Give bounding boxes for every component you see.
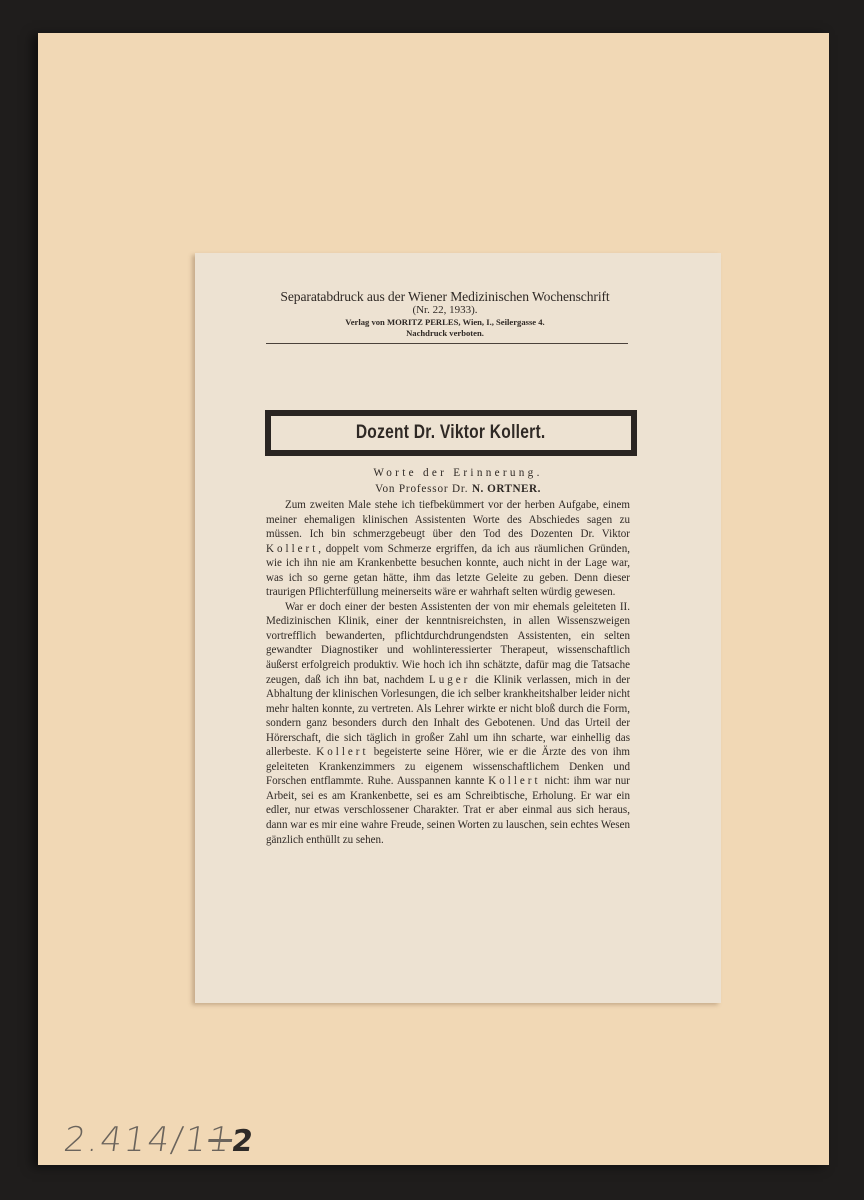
header-divider [266,343,628,345]
title-frame: Dozent Dr. Viktor Kollert. [265,410,637,456]
archive-pencil-mark: 2.414/112 [61,1120,258,1160]
text-run: Zum zweiten Male stehe ich tiefbekümmert… [266,499,630,540]
text-run: , doppelt vom Schmerze ergriffen, da ich… [266,543,630,599]
copyright-line: Nachdruck verboten. [263,328,627,339]
publisher-line: Verlag von MORITZ PERLES, Wien, I., Seil… [263,317,627,328]
spaced-name: Kollert [488,775,540,787]
publisher-name: MORITZ PERLES [387,317,458,327]
article-subtitle: Worte der Erinnerung. [195,467,721,479]
offprint-header: Separatabdruck aus der Wiener Medizinisc… [263,289,627,339]
paragraph: War er doch einer der besten Assistenten… [266,600,630,847]
spaced-name: Luger [429,674,470,686]
spaced-name: Kollert [316,746,368,758]
offprint-sheet: Separatabdruck aus der Wiener Medizinisc… [195,253,721,1003]
author-line: Von Professor Dr. N. ORTNER. [195,483,721,495]
paragraph: Zum zweiten Male stehe ich tiefbekümmert… [266,498,630,600]
publisher-address: , Wien, I., Seilergasse 4. [458,317,544,327]
article-body: Zum zweiten Male stehe ich tiefbekümmert… [266,498,630,847]
issue-line: (Nr. 22, 1933). [263,304,627,317]
spaced-name: Kollert [266,543,318,555]
article-title: Dozent Dr. Viktor Kollert. [356,422,546,444]
author-name: N. ORTNER. [472,483,541,495]
author-prefix: Von Professor Dr. [375,483,472,495]
mounting-board: Separatabdruck aus der Wiener Medizinisc… [38,33,829,1165]
publisher-prefix: Verlag von [345,317,387,327]
journal-line: Separatabdruck aus der Wiener Medizinisc… [263,289,627,304]
archive-number: 2.414/ [61,1120,187,1160]
